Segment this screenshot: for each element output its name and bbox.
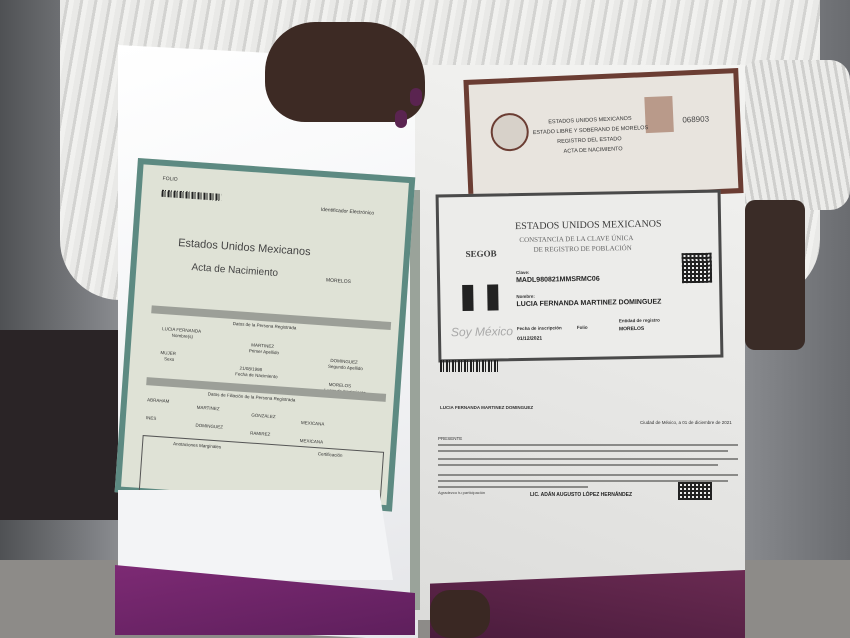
qr-code bbox=[678, 482, 712, 500]
morelos-birth-certificate: ESTADOS UNIDOS MEXICANOS ESTADO LIBRE Y … bbox=[463, 68, 743, 205]
text-line bbox=[438, 450, 728, 452]
annotations-label: Anotaciones Marginales bbox=[173, 441, 221, 449]
text-line bbox=[438, 464, 718, 466]
folder-pocket-left bbox=[118, 490, 393, 580]
name-label: Nombre(s) bbox=[172, 333, 194, 339]
state-value: MORELOS bbox=[326, 277, 351, 285]
text-line bbox=[438, 458, 738, 460]
folio-label: Folio bbox=[577, 325, 588, 330]
inscription-date-value: 01/12/2021 bbox=[517, 336, 542, 342]
morelos-line1: ESTADOS UNIDOS MEXICANOS bbox=[548, 116, 632, 126]
certification-label: Certificación bbox=[318, 451, 343, 458]
nombre-value: LUCIA FERNANDA MARTINEZ DOMINGUEZ bbox=[516, 299, 661, 309]
birth-date-label: Fecha de Nacimiento bbox=[235, 371, 278, 379]
segob-logo: SEGOB bbox=[466, 248, 497, 259]
letter: LUCIA FERNANDA MARTINEZ DOMINGUEZ Ciudad… bbox=[430, 360, 745, 560]
folio-label: FOLIO bbox=[162, 176, 177, 183]
hand bbox=[265, 22, 425, 122]
first-surname-label: Primer Apellido bbox=[249, 348, 280, 355]
closing: Agradezco tu participación bbox=[438, 490, 485, 495]
clave-value: MADL980821MMSRMC06 bbox=[516, 276, 600, 284]
identifier-label: Identificador Electrónico bbox=[321, 207, 391, 218]
barcode bbox=[161, 190, 221, 201]
sex-label: Sexo bbox=[164, 356, 175, 362]
slogan: Soy México bbox=[451, 324, 513, 339]
mother-name: INES bbox=[146, 415, 157, 421]
barcode bbox=[440, 360, 498, 372]
morelos-line2: ESTADO LIBRE Y SOBERANO DE MORELOS bbox=[533, 125, 649, 136]
inscription-date-label: Fecha de inscripción bbox=[517, 325, 562, 331]
clave-label: Clave: bbox=[516, 270, 530, 275]
second-surname-label: Segundo Apellido bbox=[328, 364, 363, 371]
entity-value: MORELOS bbox=[619, 326, 644, 332]
father-first-surname: MARTINEZ bbox=[197, 405, 220, 412]
text-line bbox=[438, 474, 738, 476]
date-line: Ciudad de México, a 01 de diciembre de 2… bbox=[640, 420, 732, 425]
entity-label: Entidad de registro bbox=[619, 318, 660, 324]
curp-card: ESTADOS UNIDOS MEXICANOS CONSTANCIA DE L… bbox=[436, 190, 724, 363]
hand bbox=[430, 590, 490, 638]
dark-clothing bbox=[0, 330, 130, 520]
greeting: PRESENTE bbox=[438, 436, 462, 441]
father-nationality: MEXICANA bbox=[301, 420, 325, 427]
father-name: ABRAHAM bbox=[147, 397, 170, 404]
addressee: LUCIA FERNANDA MARTINEZ DOMINGUEZ bbox=[440, 405, 533, 410]
folder-spine bbox=[410, 190, 420, 610]
blouse-sleeve bbox=[740, 60, 850, 210]
arm bbox=[745, 200, 805, 350]
national-seal-icon bbox=[490, 112, 530, 152]
curp-subheader1: CONSTANCIA DE LA CLAVE ÚNICA bbox=[519, 234, 633, 244]
nombre-label: Nombre: bbox=[516, 294, 535, 299]
signatory: LIC. ADÁN AUGUSTO LÓPEZ HERNÁNDEZ bbox=[530, 492, 632, 498]
certificate-subtitle: Acta de Nacimiento bbox=[191, 262, 278, 279]
certificate-title: Estados Unidos Mexicanos bbox=[178, 237, 311, 258]
mother-second-surname: RAMIREZ bbox=[250, 430, 271, 436]
flag-icon bbox=[462, 284, 498, 311]
certificate-number: 068903 bbox=[682, 114, 709, 124]
sex-value: MUJER bbox=[160, 350, 176, 356]
qr-code bbox=[682, 253, 713, 284]
state-emblem-icon bbox=[644, 96, 674, 133]
mother-first-surname: DOMINGUEZ bbox=[195, 423, 223, 430]
text-line bbox=[438, 486, 588, 488]
curp-header: ESTADOS UNIDOS MEXICANOS bbox=[515, 219, 662, 233]
morelos-line4: ACTA DE NACIMIENTO bbox=[563, 146, 622, 155]
text-line bbox=[438, 444, 738, 446]
fingernail bbox=[395, 110, 407, 128]
mother-nationality: MEXICANA bbox=[300, 438, 324, 445]
fingernail bbox=[410, 88, 422, 106]
morelos-line3: REGISTRO DEL ESTADO bbox=[557, 136, 622, 145]
birth-certificate: FOLIO Identificador Electrónico Estados … bbox=[115, 158, 416, 512]
father-second-surname: GONZALEZ bbox=[251, 413, 276, 420]
curp-subheader2: DE REGISTRO DE POBLACIÓN bbox=[533, 244, 631, 254]
